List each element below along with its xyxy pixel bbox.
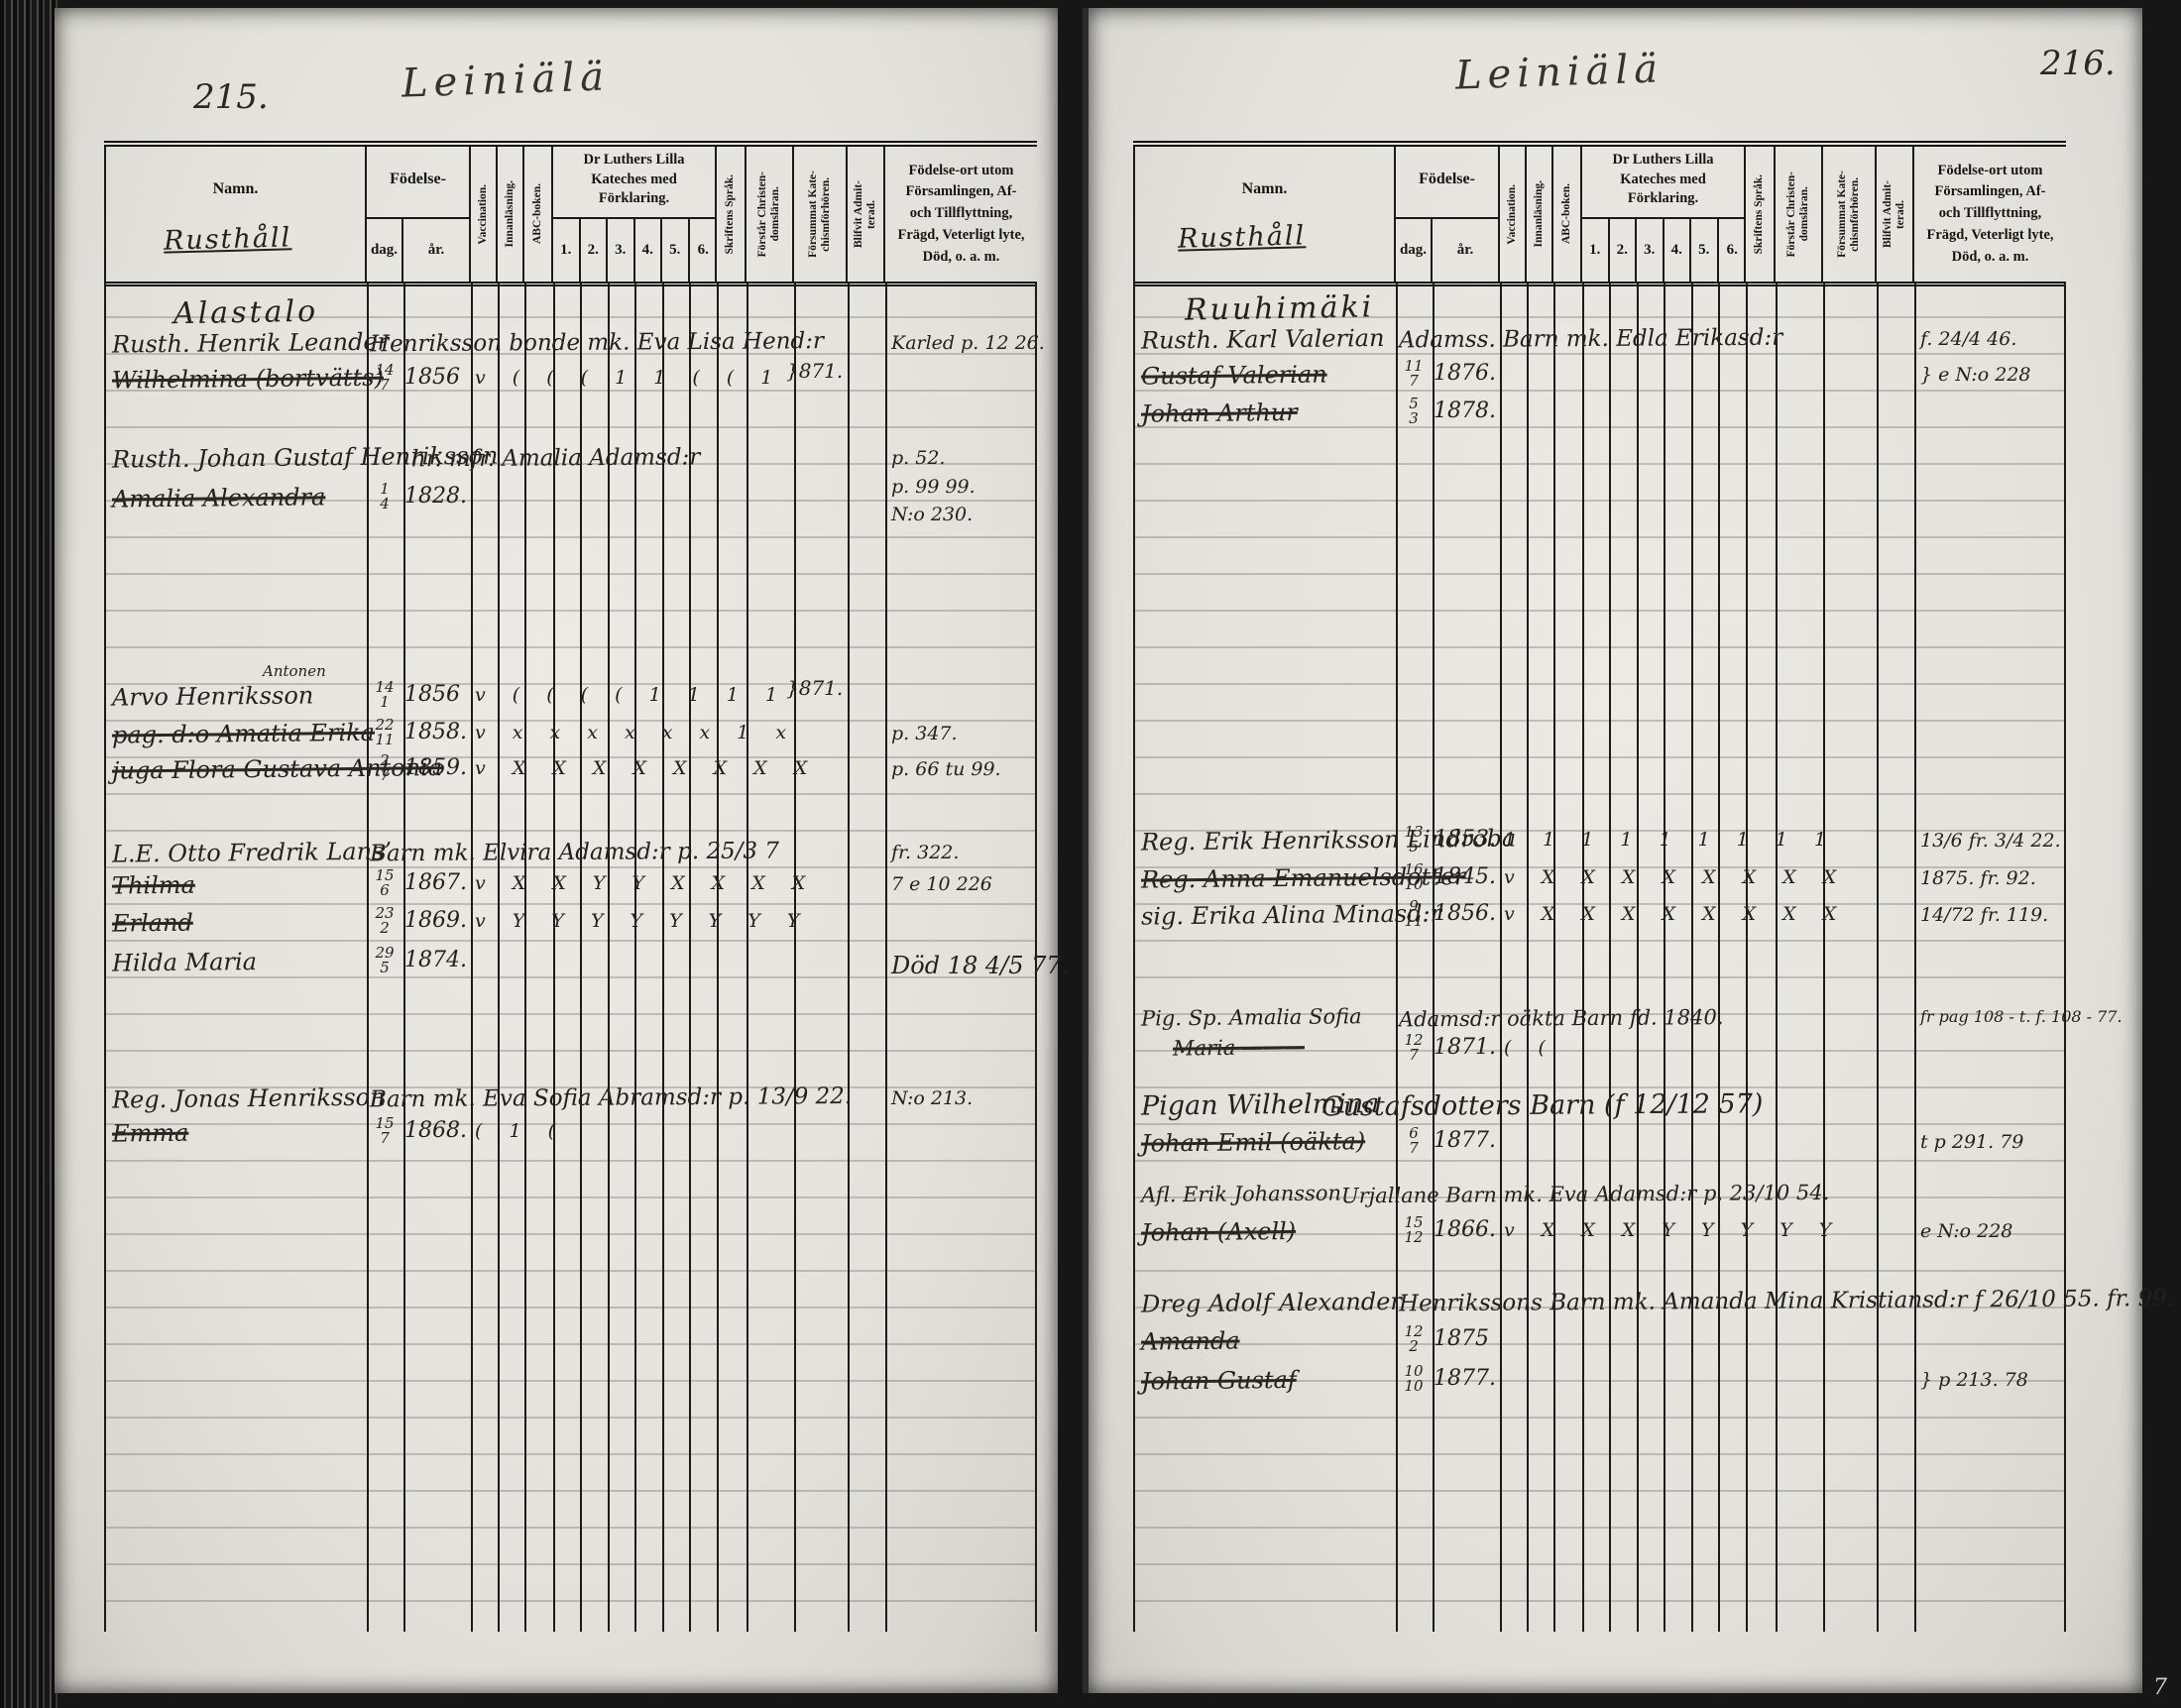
entry-row: Emma 15 7 1868. ( 1 ( <box>104 1118 1037 1152</box>
book-scan: { "headers": { "namn": "Namn.", "fodelse… <box>0 0 2181 1708</box>
entry-marks: ( ( <box>1504 1037 1552 1059</box>
col-kat-3: 3. <box>608 217 635 282</box>
col-fodelse: Födelse- dag. år. <box>1396 147 1500 282</box>
col-remarks: Födelse-ort utom Församlingen, Af- och T… <box>1914 147 2066 282</box>
col-forsummat-label: Försummat Kate- chismförhören. <box>1836 171 1862 258</box>
col-vaccination-label: Vaccination. <box>477 184 490 245</box>
col-kat-6: 6. <box>1719 217 1747 282</box>
entry-birth-year: 1878. <box>1434 399 1503 423</box>
entry-marks: v X X X X X X X X <box>1504 866 1843 888</box>
col-abc-boken: ABC-boken. <box>524 147 553 282</box>
grid-vline <box>1746 282 1748 1632</box>
entry-admitted: }871. <box>786 359 843 383</box>
entry-superscript: Antonen <box>263 662 326 680</box>
entry-marks: 1 1 1 1 1 1 1 1 1 <box>1504 829 1833 851</box>
col-blifvit-label: Blifvit Admit- terad. <box>1882 180 1907 248</box>
entry-marks: ( 1 ( <box>475 1120 562 1142</box>
entry-marks: v ( ( ( ( 1 1 1 1 <box>475 684 784 706</box>
col-innanlasning: Innanläsning. <box>498 147 524 282</box>
entry-name: Reg. Jonas Henriksson <box>112 1082 409 1113</box>
entry-birth-year: 1868. <box>404 1118 474 1143</box>
entry-marks: v X X X X X X X X <box>475 757 814 779</box>
entry-remark: } e N:o 228 <box>1920 361 2148 390</box>
entry-birth-year: 1875 <box>1434 1326 1503 1351</box>
entry-note: Urjallane Barn mk. Eva Adamsd:r p. 23/10… <box>1341 1180 2015 1208</box>
section-heading: Ruuhimäki <box>1185 289 1375 327</box>
entry-row: Johan Emil (oäkta) 6 7 1877. t p 291. 79 <box>1133 1128 2066 1162</box>
grid-vline <box>1433 282 1435 1632</box>
entry-birth-year: 1828. <box>404 484 474 509</box>
entry-remark: 1875. fr. 92. <box>1920 864 2148 893</box>
col-ar: år. <box>1433 217 1498 282</box>
entry-row: L.E. Otto Fredrik Lans’ Barn mk. Elvira … <box>104 839 1037 872</box>
col-fodelse-label: Födelse- <box>367 171 469 188</box>
entry-row: Rusth. Karl Valerian Adamss. Barn mk. Ed… <box>1133 325 2066 359</box>
entry-birth-year: 1869. <box>404 908 474 933</box>
col-forsummat-label: Försummat Kate- chismförhören. <box>807 171 833 258</box>
book-spine-edge <box>0 0 57 1708</box>
col-dag: dag. <box>1396 217 1433 282</box>
col-innanlasning-label: Innanläsning. <box>1533 180 1546 247</box>
entry-birth-day: 14 7 <box>365 363 404 393</box>
entry-birth-day: 15 6 <box>365 868 404 898</box>
entry-name: Pig. Sp. Amalia Sofia <box>1141 1003 1438 1030</box>
col-blifvit: Blifvit Admit- terad. <box>848 147 885 282</box>
entry-row: Pig. Sp. Amalia Sofia Adamsd:r oäkta Bar… <box>1133 1005 2066 1039</box>
entry-birth-day: 16 10 <box>1394 862 1434 892</box>
grid-vline <box>1133 282 1135 1632</box>
col-vaccination: Vaccination. <box>1500 147 1527 282</box>
entry-birth-day: 6 7 <box>1394 1126 1434 1156</box>
entry-birth-year: 1856 <box>404 682 474 707</box>
entry-name: Dreg Adolf Alexander <box>1141 1287 1438 1317</box>
grid-vline <box>1582 282 1584 1632</box>
entry-row: Hilda Maria 29 5 1874. Död 18 4/5 77. <box>104 948 1037 981</box>
section-heading: Alastalo <box>173 294 319 332</box>
left-page: 215. Leiniälä Namn. Födelse- dag. år. Va… <box>55 8 1058 1693</box>
entry-remark: e N:o 228 <box>1920 1217 2148 1246</box>
entry-birth-day: 15 12 <box>1394 1215 1434 1245</box>
left-table-header: Namn. Födelse- dag. år. Vaccination. Inn… <box>104 147 1037 286</box>
entry-row: Reg. Jonas Henriksson Barn mk. Eva Sofia… <box>104 1084 1037 1118</box>
entry-birth-year: 1856. <box>1434 901 1503 926</box>
entry-birth-day: 10 10 <box>1394 1364 1434 1394</box>
col-kat-6: 6. <box>690 217 718 282</box>
entry-birth-day: 14 1 <box>365 680 404 710</box>
entry-row: Johan Arthur 5 3 1878. <box>1133 399 2066 432</box>
grid-vline <box>1718 282 1720 1632</box>
right-table: Namn. Födelse- dag. år. Vaccination. Inn… <box>1133 141 2066 147</box>
right-page: 216. Leiniälä Namn. Födelse- dag. år. Va… <box>1083 8 2142 1693</box>
entry-birth-year: 1867. <box>404 870 474 895</box>
entry-row: pag. d:o Amatia Erika 22 11 1858. v x x … <box>104 720 1037 753</box>
col-vaccination: Vaccination. <box>471 147 498 282</box>
entry-row: Wilhelmina (bortvätts) 14 7 1856 v ( ( (… <box>104 365 1037 399</box>
grid-vline <box>1609 282 1611 1632</box>
col-namn-label: Namn. <box>1135 180 1394 198</box>
grid-vline <box>1877 282 1879 1632</box>
right-page-number: 216. <box>2040 44 2116 83</box>
col-kateches: Dr Luthers Lilla Kateches med Förklaring… <box>1582 147 1746 282</box>
col-namn: Namn. <box>1133 147 1396 282</box>
entry-admitted: }871. <box>786 676 843 700</box>
entry-name: Rusth. Johan Gustaf Henriksson <box>112 442 409 473</box>
grid-vline <box>1637 282 1639 1632</box>
col-remarks-label: Födelse-ort utom Församlingen, Af- och T… <box>885 147 1037 282</box>
entry-birth-year: 1876. <box>1434 361 1503 386</box>
entry-birth-day: 13 5 <box>1394 825 1434 854</box>
col-kat-4: 4. <box>635 217 663 282</box>
entry-birth-day: 9 11 <box>1394 899 1434 929</box>
col-innanlasning-label: Innanläsning. <box>504 180 517 247</box>
entry-row: Reg. Anna Emanuelsdotter 16 10 1845. v X… <box>1133 864 2066 898</box>
entry-birth-year: 1866. <box>1434 1217 1503 1242</box>
col-forstar-label: Förstår Christen- domsläran. <box>1785 171 1811 257</box>
entry-name: Rusth. Karl Valerian <box>1141 323 1438 354</box>
grid-vline <box>1823 282 1825 1632</box>
entry-marks: v X X X Y Y Y Y Y <box>1504 1219 1838 1241</box>
entry-row: Maria ——— 12 7 1871. ( ( <box>1133 1035 2066 1069</box>
entry-row: Amalia Alexandra 1 4 1828. <box>104 484 1037 517</box>
entry-row: Johan Gustaf 10 10 1877. } p 213. 78 <box>1133 1366 2066 1400</box>
col-kat-5: 5. <box>662 217 690 282</box>
entry-row: Erland 23 2 1869. v Y Y Y Y Y Y Y Y <box>104 908 1037 942</box>
entry-birth-day: 11 7 <box>1394 359 1434 389</box>
entry-remark: fr pag 108 - t. f. 108 - 77. <box>1920 1005 2148 1029</box>
col-skriftens: Skriftens Språk. <box>1746 147 1776 282</box>
entry-remark: 14/72 fr. 119. <box>1920 901 2148 930</box>
col-innanlasning: Innanläsning. <box>1527 147 1553 282</box>
col-blifvit-label: Blifvit Admit- terad. <box>853 180 878 248</box>
entry-birth-day: 23 2 <box>365 906 404 936</box>
col-namn-label: Namn. <box>106 180 365 198</box>
col-kateches-label: Dr Luthers Lilla Kateches med Förklaring… <box>553 151 715 209</box>
entry-remark: 13/6 fr. 3/4 22. <box>1920 827 2148 855</box>
col-skriftens: Skriftens Språk. <box>717 147 746 282</box>
entry-row: Thilma 15 6 1867. v X X Y Y X X X X 7 e … <box>104 870 1037 904</box>
entry-row: Johan (Axell) 15 12 1866. v X X X Y Y Y … <box>1133 1217 2066 1251</box>
entry-birth-day: 5 3 <box>1394 397 1434 426</box>
right-page-title: Leiniälä <box>1454 46 1664 98</box>
col-kateches: Dr Luthers Lilla Kateches med Förklaring… <box>553 147 717 282</box>
entry-name: L.E. Otto Fredrik Lans’ <box>112 837 409 867</box>
col-forsummat: Försummat Kate- chismförhören. <box>1823 147 1877 282</box>
grid-vline <box>1527 282 1529 1632</box>
entry-marks: v X X X X X X X X <box>1504 903 1843 925</box>
left-table: Namn. Födelse- dag. år. Vaccination. Inn… <box>104 141 1037 147</box>
entry-marks: v ( ( ( 1 1 ( ( 1 <box>475 367 779 389</box>
col-fodelse-label: Födelse- <box>1396 171 1498 188</box>
col-remarks-label: Födelse-ort utom Församlingen, Af- och T… <box>1914 147 2066 282</box>
entry-birth-day: 12 7 <box>1394 1033 1434 1063</box>
entry-birth-year: 1853. <box>1434 827 1503 852</box>
col-kat-5: 5. <box>1691 217 1719 282</box>
entry-marks: v Y Y Y Y Y Y Y Y <box>475 910 806 932</box>
margin-label: Rusthåll <box>1178 220 1307 254</box>
entry-birth-day: 2 7 <box>365 753 404 783</box>
entry-row: Dreg Adolf Alexander Henrikssons Barn mk… <box>1133 1289 2066 1322</box>
entry-marks: v X X Y Y X X X X <box>475 872 812 894</box>
entry-name: Rusth. Henrik Leander <box>112 327 409 358</box>
entry-birth-day: 15 7 <box>365 1116 404 1146</box>
col-kat-4: 4. <box>1664 217 1692 282</box>
col-kat-1: 1. <box>1582 217 1610 282</box>
entry-remark: } p 213. 78 <box>1920 1366 2148 1395</box>
entry-row: Afl. Erik Johansson Urjallane Barn mk. E… <box>1133 1182 2066 1215</box>
grid-vline <box>1914 282 1916 1632</box>
col-vaccination-label: Vaccination. <box>1506 184 1519 245</box>
grid-vline <box>2064 282 2066 1632</box>
grid-vline <box>1500 282 1502 1632</box>
ruled-lines <box>1133 282 2066 1632</box>
entry-row: juga Flora Gustava Antonia 2 7 1859. v X… <box>104 755 1037 789</box>
col-skriftens-label: Skriftens Språk. <box>1753 174 1766 255</box>
col-forstar-label: Förstår Christen- domsläran. <box>756 171 782 257</box>
entry-remark: t p 291. 79 <box>1920 1128 2148 1157</box>
entry-birth-year: 1874. <box>404 948 474 972</box>
entry-birth-day: 1 4 <box>365 482 404 512</box>
entry-birth-year: 1877. <box>1434 1366 1503 1391</box>
col-namn: Namn. <box>104 147 367 282</box>
entry-row: sig. Erika Alina Minasd:r 9 11 1856. v X… <box>1133 901 2066 935</box>
entry-birth-year: 1877. <box>1434 1128 1503 1153</box>
grid-vline <box>1553 282 1555 1632</box>
entry-birth-year: 1856 <box>404 365 474 390</box>
entry-birth-day: 22 11 <box>365 718 404 747</box>
col-kateches-label: Dr Luthers Lilla Kateches med Förklaring… <box>1582 151 1744 209</box>
entry-row: Reg. Erik Henriksson Lindroba 13 5 1853.… <box>1133 827 2066 860</box>
grid-vline <box>1776 282 1778 1632</box>
grid-vline <box>1396 282 1398 1632</box>
col-skriftens-label: Skriftens Språk. <box>724 174 737 255</box>
col-abc-boken-label: ABC-boken. <box>1560 183 1573 244</box>
entry-note: Gustafsdotters Barn (f 12/12 57) <box>1321 1087 1996 1123</box>
right-table-header: Namn. Födelse- dag. år. Vaccination. Inn… <box>1133 147 2066 286</box>
entry-row: Amanda 12 2 1875 <box>1133 1326 2066 1360</box>
col-abc-boken: ABC-boken. <box>1553 147 1582 282</box>
col-ar: år. <box>403 217 469 282</box>
entry-row: Pigan Wilhelmina Gustafsdotters Barn (f … <box>1133 1089 2066 1123</box>
entry-birth-year: 1871. <box>1434 1035 1503 1060</box>
left-page-title: Leiniälä <box>401 54 611 106</box>
grid-vline <box>1664 282 1665 1632</box>
entry-birth-day: 12 2 <box>1394 1324 1434 1354</box>
col-dag: dag. <box>367 217 403 282</box>
col-kat-1: 1. <box>553 217 581 282</box>
left-page-number: 215. <box>193 77 269 117</box>
entry-birth-year: 1858. <box>404 720 474 744</box>
col-remarks: Födelse-ort utom Församlingen, Af- och T… <box>885 147 1037 282</box>
col-forstar: Förstår Christen- domsläran. <box>1776 147 1823 282</box>
entry-birth-year: 1845. <box>1434 864 1503 889</box>
col-forsummat: Försummat Kate- chismförhören. <box>794 147 848 282</box>
entry-marks: v x x x x x x 1 x <box>475 722 793 743</box>
entry-note: Henrikssons Barn mk. Amanda Mina Kristia… <box>1399 1287 2073 1317</box>
entry-remark: f. 24/4 46. <box>1920 325 2148 354</box>
col-kat-2: 2. <box>1610 217 1638 282</box>
col-blifvit: Blifvit Admit- terad. <box>1877 147 1914 282</box>
col-kat-3: 3. <box>1637 217 1664 282</box>
col-forstar: Förstår Christen- domsläran. <box>746 147 794 282</box>
entry-row: Rusth. Henrik Leander Henriksson bonde m… <box>104 329 1037 363</box>
entry-row: Gustaf Valerian 11 7 1876. } e N:o 228 <box>1133 361 2066 395</box>
col-fodelse: Födelse- dag. år. <box>367 147 471 282</box>
entry-row: Rusth. Johan Gustaf Henriksson hr. mfr. … <box>104 444 1037 478</box>
col-abc-boken-label: ABC-boken. <box>531 183 544 244</box>
col-kat-2: 2. <box>581 217 609 282</box>
entry-birth-day: 29 5 <box>365 946 404 975</box>
entry-row: Antonen Arvo Henriksson 14 1 1856 v ( ( … <box>104 682 1037 716</box>
grid-vline <box>1691 282 1693 1632</box>
entry-birth-year: 1859. <box>404 755 474 780</box>
margin-label: Rusthåll <box>164 222 292 256</box>
stray-ink-mark: 7 <box>2153 1675 2167 1700</box>
